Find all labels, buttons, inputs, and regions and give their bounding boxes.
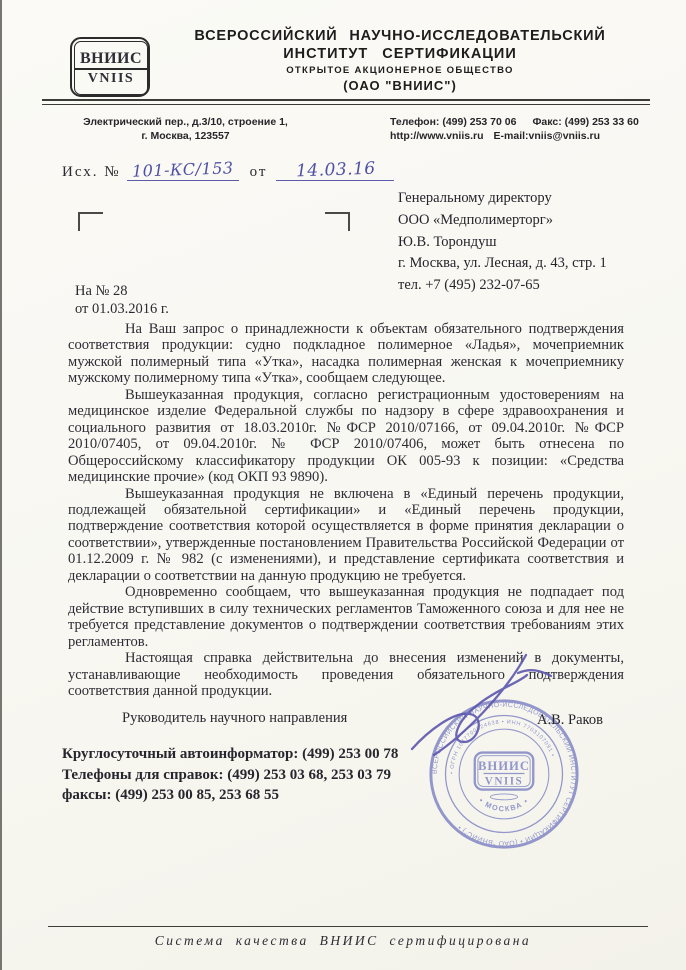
recipient-line: Генеральному директору	[398, 188, 636, 210]
recipient-block: Генеральному директору ООО «Медполимерто…	[398, 188, 636, 297]
signer-name: А.В. Раков	[537, 712, 603, 729]
incoming-reference-block: На № 28 от 01.03.2016 г.	[75, 283, 169, 318]
footer-rule	[48, 926, 648, 927]
letter-body: На Ваш запрос о принадлежности к объекта…	[68, 321, 624, 699]
body-paragraph-1: На Ваш запрос о принадлежности к объекта…	[68, 321, 624, 387]
autoinformer-line: Круглосуточный автоинформатор: (499) 253…	[62, 744, 398, 765]
fax-numbers-line: факсы: (499) 253 00 85, 253 68 55	[62, 785, 398, 806]
stamp-center-vniis-en: VNIIS	[485, 776, 523, 788]
address-frame-corner-right	[325, 212, 350, 231]
recipient-line: ООО «Медполимерторг»	[398, 210, 636, 232]
handwritten-signature	[406, 649, 560, 773]
company-short-name: (ОАО "ВНИИС")	[160, 78, 640, 93]
sender-web-email-line: http://www.vniis.ruE-mail:vniis@vniis.ru	[390, 130, 672, 144]
letterhead-title: ВСЕРОССИЙСКИЙ НАУЧНО-ИССЛЕДОВАТЕЛЬСКИЙ И…	[160, 28, 640, 93]
sender-address-line2: г. Москва, 123557	[58, 130, 313, 144]
inquiry-phones-line: Телефоны для справок: (499) 253 03 68, 2…	[62, 765, 398, 786]
outgoing-date-label: от	[250, 164, 268, 181]
sender-fax: Факс: (499) 253 33 60	[532, 116, 638, 128]
stamp-city-text: • МОСКВА •	[477, 796, 530, 813]
institute-name-line1: ВСЕРОССИЙСКИЙ НАУЧНО-ИССЛЕДОВАТЕЛЬСКИЙ	[160, 28, 640, 45]
incoming-number-line: На № 28	[75, 283, 169, 301]
handwritten-outgoing-number: 101-КС/153	[132, 158, 234, 181]
incoming-date-line: от 01.03.2016 г.	[75, 301, 169, 319]
body-paragraph-2: Вышеуказанная продукция, согласно регист…	[68, 387, 624, 486]
recipient-line: тел. +7 (495) 232-07-65	[398, 275, 636, 297]
logo-text-en: VNIIS	[88, 70, 134, 87]
handwritten-outgoing-date: 14.03.16	[295, 159, 375, 182]
scan-edge-shadow	[0, 0, 2, 970]
sender-address-block: Электрический пер., д.3/10, строение 1, …	[58, 116, 313, 143]
logo-text-ru: ВНИИС	[75, 50, 147, 70]
outgoing-number-field: 101-КС/153	[127, 160, 239, 181]
sender-contacts-block: Телефон: (499) 253 70 06Факс: (499) 253 …	[390, 116, 672, 143]
sender-website: http://www.vniis.ru	[390, 130, 484, 142]
letterhead-divider-rule	[42, 99, 650, 105]
scanned-letter-page: ВНИИС VNIIS ВСЕРОССИЙСКИЙ НАУЧНО-ИССЛЕДО…	[0, 0, 686, 970]
quality-system-note: Система качества ВНИИС сертифицирована	[0, 933, 686, 949]
sender-email: E-mail:vniis@vniis.ru	[494, 130, 601, 142]
vniis-logo-inner-frame: ВНИИС VNIIS	[74, 41, 148, 95]
recipient-line: Ю.В. Торондуш	[398, 232, 636, 254]
sender-address-line1: Электрический пер., д.3/10, строение 1,	[58, 116, 313, 130]
sender-phone-fax-line: Телефон: (499) 253 70 06Факс: (499) 253 …	[390, 116, 672, 130]
institute-name-line2: ИНСТИТУТ СЕРТИФИКАЦИИ	[160, 46, 640, 63]
outgoing-reference-line: Исх. № 101-КС/153 от 14.03.16	[62, 157, 394, 181]
body-paragraph-3: Вышеуказанная продукция не включена в «Е…	[68, 486, 624, 585]
company-form-line: ОТКРЫТОЕ АКЦИОНЕРНОЕ ОБЩЕСТВО	[160, 65, 640, 77]
recipient-line: г. Москва, ул. Лесная, д. 43, стр. 1	[398, 253, 636, 275]
contact-phones-block: Круглосуточный автоинформатор: (499) 253…	[62, 744, 398, 806]
signer-position: Руководитель научного направления	[122, 710, 347, 727]
vniis-logo: ВНИИС VNIIS	[70, 37, 150, 97]
address-frame-corner-left	[78, 212, 103, 231]
sender-phone: Телефон: (499) 253 70 06	[390, 116, 516, 128]
outgoing-date-field: 14.03.16	[276, 160, 394, 181]
outgoing-number-label: Исх. №	[62, 164, 121, 181]
body-paragraph-4: Одновременно сообщаем, что вышеуказанная…	[68, 584, 624, 650]
